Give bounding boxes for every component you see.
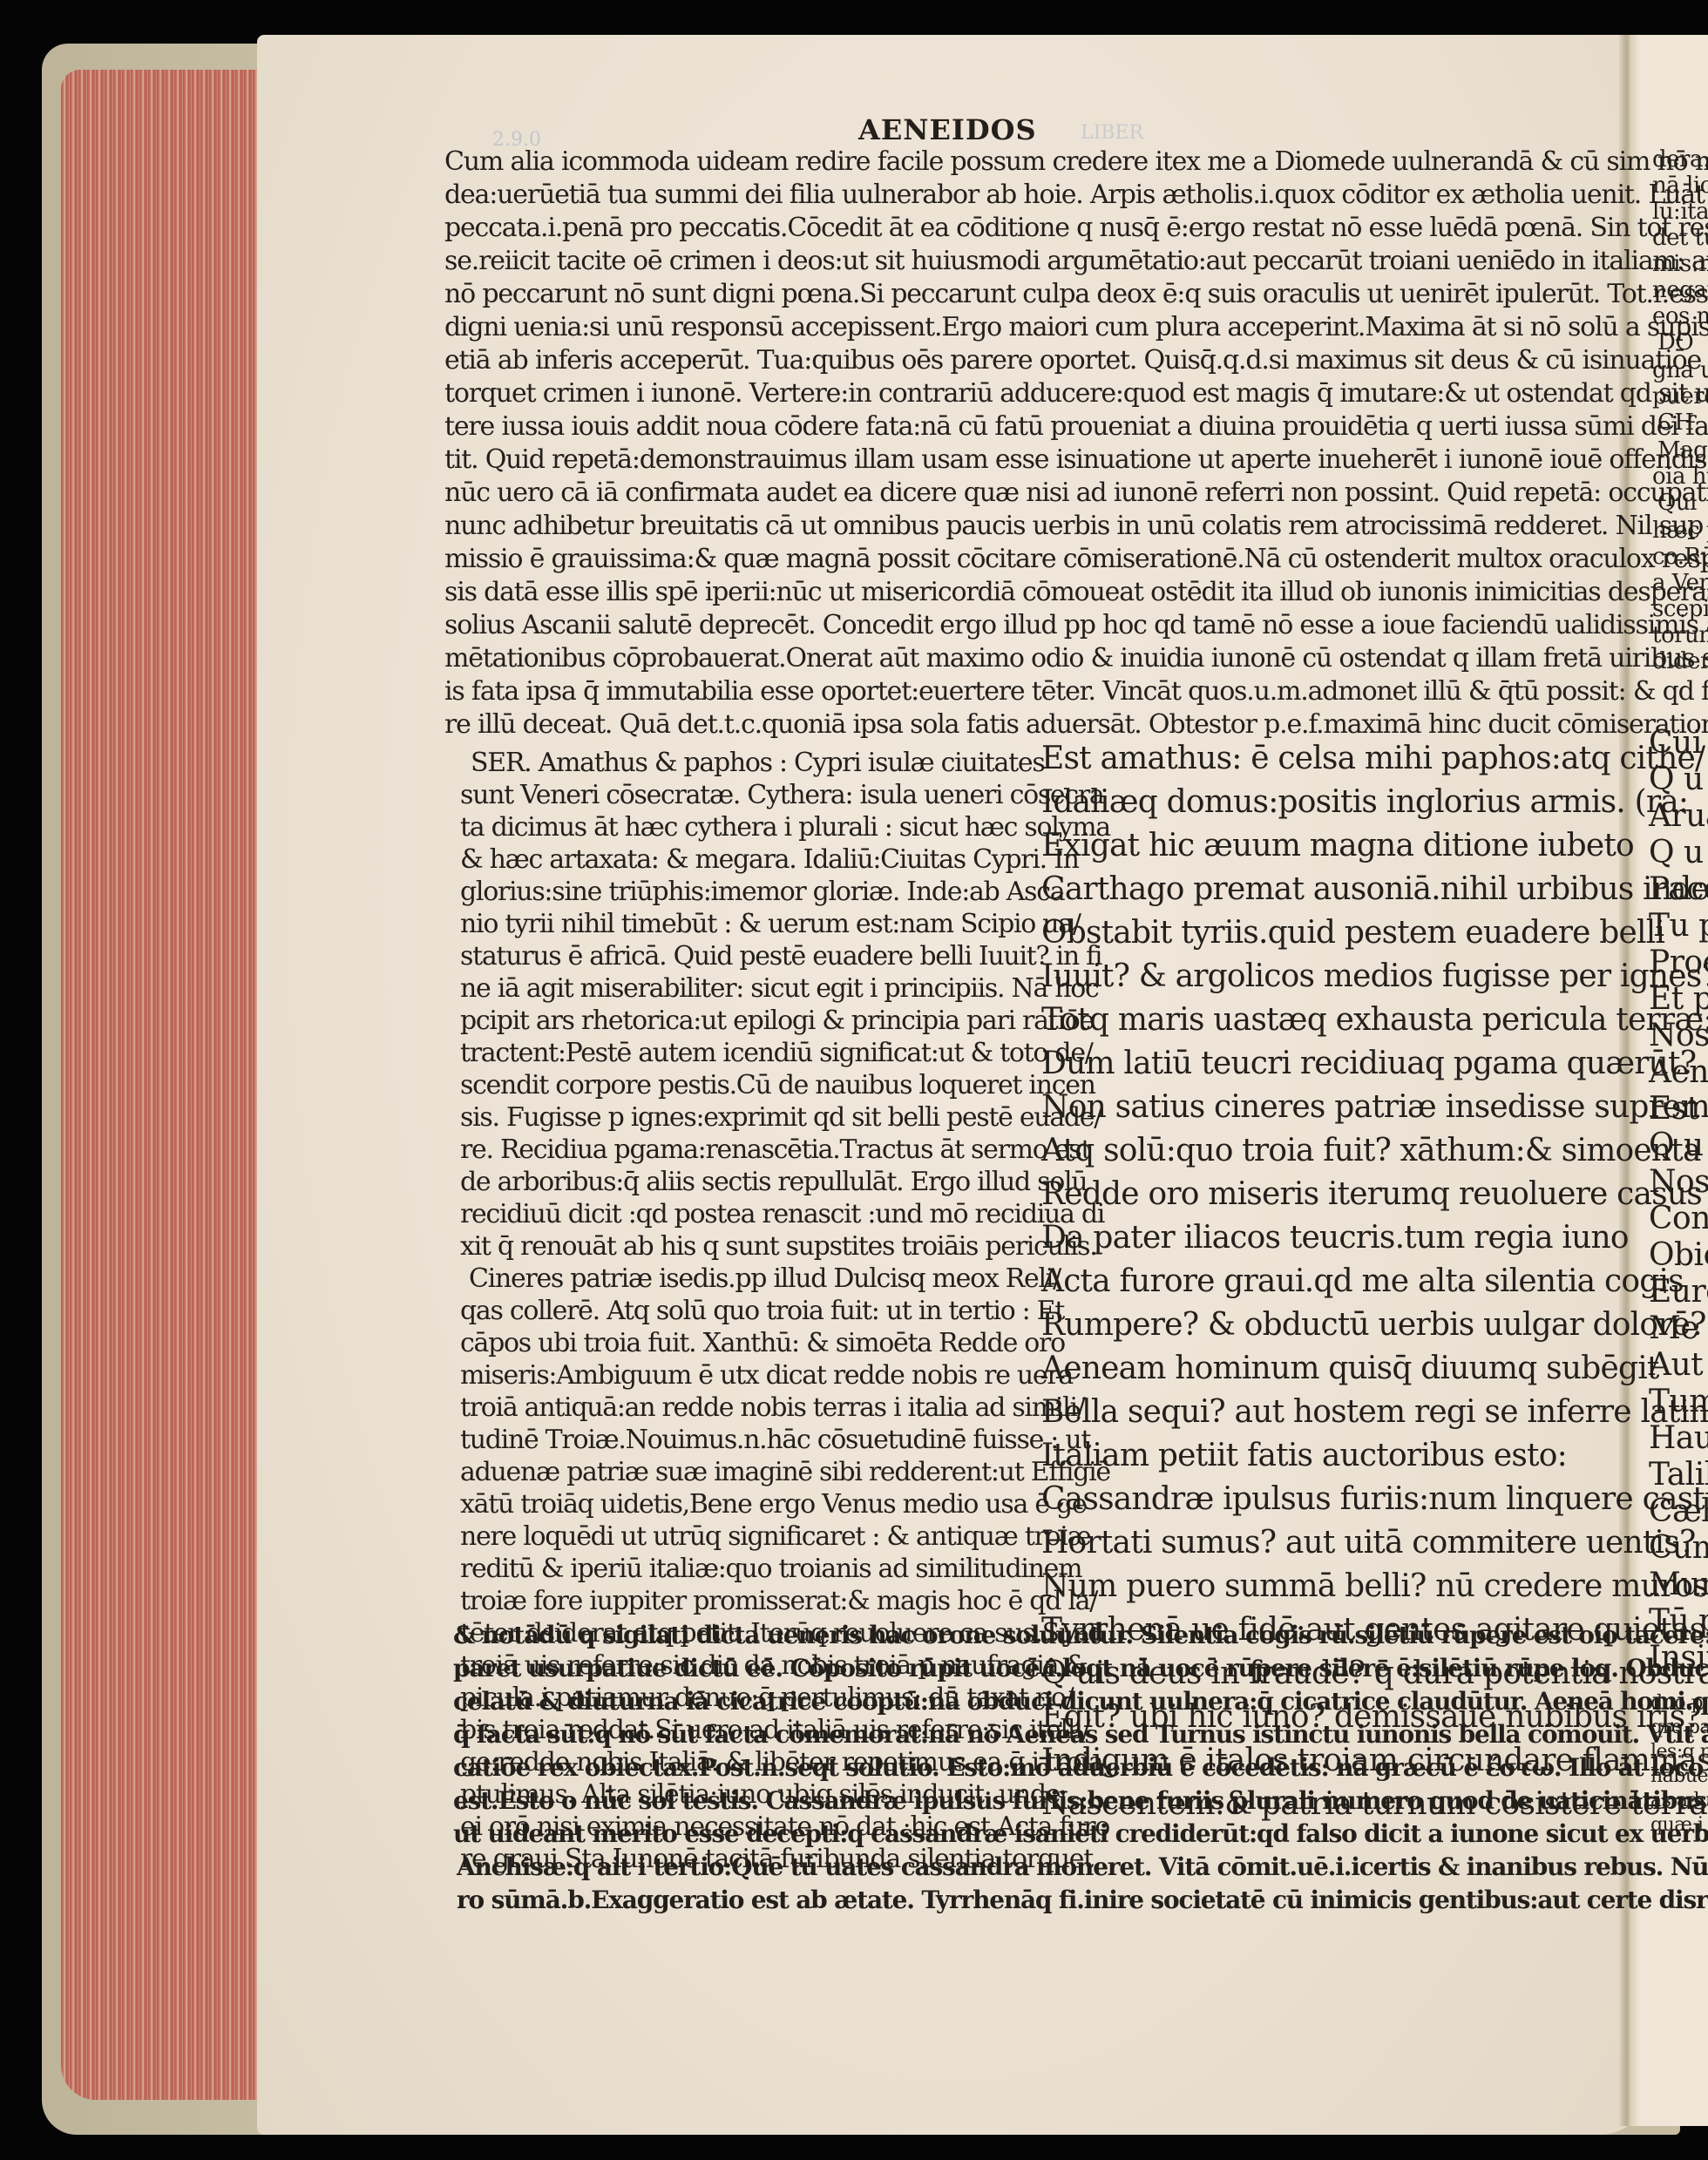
verse-line: Exigat hic æuum magna ditione iubeto	[1041, 828, 1634, 863]
commentary-line: paret usurpatiue dictū eē. Cōposito rūpi…	[453, 1654, 1708, 1683]
verse-line: Acta furore graui.qd me alta silentia co…	[1041, 1263, 1684, 1299]
fragment: Pacē	[1649, 871, 1708, 907]
commentary-line: digni uenia:si unū responsū accepissent.…	[444, 312, 1708, 342]
commentary-line: ut uideant merito esse decepti:q cassand…	[453, 1819, 1708, 1848]
commentary-line: celatū & diuturna iā cicatrice cooptū:nā…	[453, 1687, 1708, 1716]
fragment: Arua	[1649, 798, 1708, 834]
fragment: oia hu	[1652, 464, 1708, 490]
fragment: Cui p	[1649, 725, 1708, 761]
bleed-through-heading: LIBER	[1081, 122, 1143, 144]
commentary-line: Cum alia icommoda uideam redire facile p…	[444, 146, 1708, 177]
commentary-line: ro sūmā.b.Exaggeratio est ab ætate. Tyrr…	[457, 1886, 1708, 1914]
verse-line: Atq solū:quo troia fuit? xāthum:& simoen…	[1041, 1133, 1701, 1168]
fragment: eos m	[1652, 303, 1708, 329]
fragment: torun	[1652, 622, 1708, 648]
commentary-line: nunc adhibetur breuitatis cā ut omnibus …	[444, 511, 1708, 541]
fragment: scepit	[1652, 596, 1708, 622]
fragment: quæ i	[1650, 1814, 1703, 1836]
fragment: Aut e	[1649, 1347, 1708, 1383]
fragment: dera:	[1652, 146, 1708, 173]
fragment: Est p	[1649, 1091, 1708, 1127]
commentary-line: de arboribus:q̄ aliis sectis repullulāt.…	[460, 1167, 1087, 1197]
commentary-line: & hæc artaxata: & megara. Idaliū:Ciuitas…	[460, 844, 1079, 875]
commentary-line: cāpos ubi troia fuit. Xanthū: & simoēta …	[460, 1328, 1065, 1358]
fragment: CH	[1657, 410, 1694, 436]
fragment: Obie	[1649, 1237, 1708, 1273]
fragment: a Ven	[1652, 570, 1708, 596]
commentary-line: aduenæ patriæ suæ imaginē sibi redderent…	[460, 1457, 1110, 1487]
fragment: Hau	[1649, 1420, 1708, 1456]
commentary-line: nūc uero cā iā confirmata audet ea dicer…	[444, 477, 1708, 508]
commentary-line: sis datā esse illis spē iperii:nūc ut mi…	[444, 577, 1708, 607]
verse-line: Num puero summā belli? nū credere muros?	[1041, 1568, 1708, 1604]
fragment: Nos	[1649, 1164, 1708, 1200]
verse-line: Bella sequi? aut hostem regi se inferre …	[1041, 1394, 1708, 1430]
commentary-line: scendit corpore pestis.Cū de nauibus loq…	[460, 1070, 1095, 1100]
fragment: habue	[1650, 1765, 1708, 1787]
fragment: as adu	[1650, 1790, 1708, 1811]
commentary-line: Anchisæ:q ait i tertio:Quē tū uates cass…	[457, 1852, 1708, 1881]
commentary-line: dea:uerūetiā tua summi dei filia uulnera…	[444, 179, 1705, 210]
commentary-line: Cineres patriæ isedis.pp illud Dulcisq m…	[469, 1263, 1061, 1294]
verse-line: Idaliæq domus:positis inglorius armis. (…	[1041, 784, 1688, 820]
fragment: DO	[1657, 329, 1693, 355]
commentary-line: torquet crimen i iunonē. Vertere:in cont…	[444, 378, 1708, 409]
fragment: Et p	[1649, 981, 1708, 1017]
verse-line: Obstabit tyriis.quid pestem euadere bell…	[1041, 915, 1664, 951]
commentary-line: sis. Fugisse p ignes:exprimit qd sit bel…	[460, 1102, 1101, 1133]
verse-line: Non satius cineres patriæ insedisse supr…	[1041, 1089, 1708, 1125]
fragment: Cona	[1649, 1201, 1708, 1236]
fragment: gna u	[1652, 357, 1708, 383]
fragment: Q u	[1649, 762, 1704, 797]
commentary-line: etiā ab inferis acceperūt. Tua:quibus oē…	[444, 345, 1708, 376]
fragment: puero	[1652, 383, 1708, 410]
commentary-line: peccata.i.penā pro peccatis.Cōcedit āt e…	[444, 213, 1708, 243]
red-stained-page-edges	[61, 70, 261, 2100]
commentary-line: is fata ipsa q̄ immutabilia esse oportet…	[444, 676, 1708, 707]
commentary-line: re. Recidiua pgama:renascētia.Tractus āt…	[460, 1134, 1090, 1165]
verse-line: Cassandræ ipulsus furiis:num linquere ca…	[1041, 1481, 1708, 1517]
verse-line: Aeneam hominum quisq̄ diuumq subēgit	[1041, 1351, 1659, 1386]
commentary-line: & notādū q sigilati dicta ueneris hac or…	[453, 1621, 1708, 1649]
commentary-line: reditū & iperiū italiæ:quo troianis ad s…	[460, 1554, 1081, 1584]
verse-line: Italiam petiit fatis auctoribus esto:	[1041, 1438, 1567, 1473]
commentary-line: troiā antiquā:an redde nobis terras i it…	[460, 1392, 1085, 1423]
fragment: Qui	[1657, 490, 1697, 516]
fragment: Talib	[1649, 1457, 1708, 1493]
verse-line: Redde oro miseris iterumq reuoluere casu…	[1041, 1176, 1702, 1212]
fragment: hæc p	[1652, 518, 1708, 544]
commentary-line: se.reiicit tacite oē crimen i deos:ut si…	[444, 246, 1708, 276]
commentary-line: miseris:Ambiguum ē utx dicat redde nobis…	[460, 1360, 1073, 1391]
fragment: Mag	[1657, 437, 1707, 464]
fragment: Mur	[1649, 1567, 1708, 1602]
commentary-line: q̄ facta sūt:q nō sūt facta cōmemorat:nā…	[453, 1720, 1708, 1749]
commentary-line: ne iā agit miserabiliter: sicut egit i p…	[460, 973, 1099, 1004]
fragment: duo p	[1650, 1692, 1703, 1714]
commentary-line: xit q̄ renouāt ab his q sunt supstites t…	[460, 1231, 1096, 1262]
commentary-line: tractent:Pestē autem icendiū significat:…	[460, 1038, 1093, 1068]
commentary-line: tit. Quid repetā:demonstrauimus illam us…	[444, 444, 1708, 475]
verse-line: Carthago premat ausoniā.nihil urbibus in…	[1041, 871, 1708, 907]
running-header: AENEIDOS	[858, 113, 1037, 146]
commentary-line: glorius:sine triūphis:imemor gloriæ. Ind…	[460, 877, 1064, 907]
fragment: mis:n	[1652, 251, 1708, 277]
fragment: Proc	[1649, 945, 1708, 980]
fragment: Tu p	[1649, 908, 1708, 944]
commentary-line: missio ē grauissima:& quæ magnā possit c…	[444, 544, 1708, 574]
commentary-line: staturus ē africā. Quid pestē euadere be…	[460, 941, 1101, 972]
commentary-line: pcipit ars rhetorica:ut epilogi & princi…	[460, 1006, 1094, 1036]
fragment: Me d	[1649, 1310, 1708, 1346]
fragment: Tū p	[1649, 1603, 1708, 1639]
commentary-line: catiōe rex obiectax.Post.n.seqt solutio.…	[453, 1753, 1708, 1782]
fragment: dideri	[1652, 648, 1708, 674]
verse-line: Rumpere? & obductū uerbis uulgar dolorē?	[1041, 1307, 1706, 1343]
fragment: negan	[1652, 277, 1708, 303]
fragment: Cum	[1649, 1530, 1708, 1566]
commentary-line: est.Esto o nūc sol testis. Cassandræ ipu…	[453, 1786, 1708, 1815]
commentary-line: troiæ fore iuppiter promisserat:& magis …	[460, 1586, 1097, 1616]
verse-line: Est amathus: ē celsa mihi paphos:atq cit…	[1041, 741, 1705, 776]
fragment: les:q p	[1650, 1741, 1708, 1763]
verse-line: Hortati sumus? aut uitā commitere uentis…	[1041, 1525, 1695, 1561]
commentary-line: qas collerē. Atq solū quo troia fuit: ut…	[460, 1296, 1064, 1326]
commentary-line: tere iussa iouis addit noua cōdere fata:…	[444, 411, 1708, 442]
fragment: Q u	[1649, 1127, 1704, 1163]
fragment: Aene	[1649, 1054, 1708, 1090]
fragment: co.Rū	[1652, 544, 1708, 570]
fragment: Cæli	[1649, 1493, 1708, 1529]
verse-line: Dum latiū teucri recidiuaq pgama quærūt?	[1041, 1046, 1696, 1081]
verse-line: Totq maris uastæq exhausta pericula terr…	[1041, 1002, 1708, 1038]
fragment: Tum	[1649, 1384, 1708, 1419]
commentary-line: tudinē Troiæ.Nouimus.n.hāc cōsuetudinē f…	[460, 1425, 1090, 1455]
commentary-line: ta dicimus āt hæc cythera i plurali : si…	[460, 812, 1110, 843]
commentary-line: xātū troiāq uidetis,Bene ergo Venus medi…	[460, 1489, 1086, 1520]
commentary-line: nio tyrii nihil timebūt : & uerum est:na…	[460, 909, 1081, 939]
commentary-line: SER. Amathus & paphos : Cypri isulæ ciui…	[471, 748, 1044, 778]
fragment: Q u	[1649, 835, 1704, 870]
commentary-line: sunt Veneri cōsecratæ. Cythera: isula ue…	[460, 780, 1104, 810]
fragment: Insit.	[1649, 1640, 1708, 1676]
commentary-line: solius Ascanii salutē deprecēt. Concedit…	[444, 610, 1708, 640]
fragment: det tu	[1652, 225, 1708, 251]
fragment: nā lic	[1652, 173, 1708, 199]
fragment: Nos	[1649, 1018, 1708, 1053]
fragment: Euro	[1649, 1274, 1708, 1310]
commentary-line: recidiuū dicit :qd postea renascit :und …	[460, 1199, 1104, 1229]
fragment: lū:ita	[1652, 199, 1708, 225]
verse-line: Da pater iliacos teucris.tum regia iuno	[1041, 1220, 1629, 1256]
verse-line: Iuuit? & argolicos medios fugisse per ig…	[1041, 958, 1708, 994]
commentary-line: mētationibus cōprobauerat.Onerat aūt max…	[444, 643, 1708, 674]
commentary-line: re illū deceat. Quā det.t.c.quoniā ipsa …	[444, 709, 1708, 740]
commentary-line: nō peccarunt nō sunt digni pœna.Si pecca…	[444, 279, 1708, 309]
fragment: qro pa	[1650, 1716, 1708, 1738]
commentary-line: nere loquēdi ut utrūq significaret : & a…	[460, 1521, 1091, 1552]
facing-page-text: dera: nā lic lū:ita det tu mis:n negan e…	[1645, 0, 1708, 2160]
